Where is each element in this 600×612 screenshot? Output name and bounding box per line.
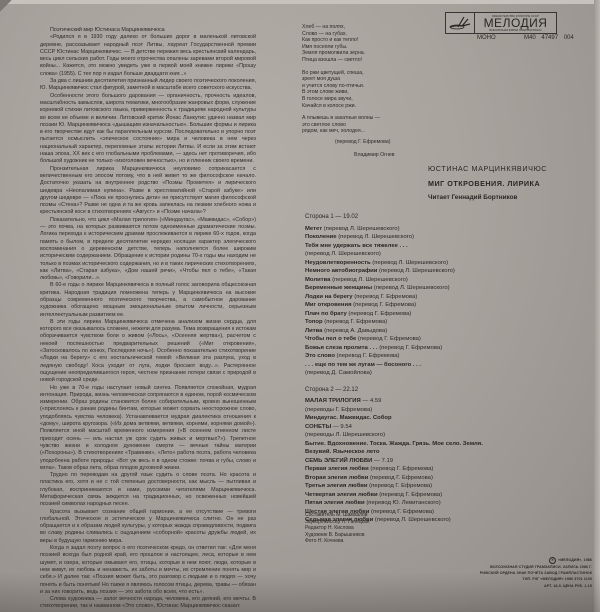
- sleeve-shadow: [0, 572, 600, 612]
- poem-line: В голосе мира звучи,: [302, 96, 442, 103]
- track-row: Беременные женщины (перевод Л. Шерешевск…: [305, 284, 585, 293]
- credit-line: Составитель М. Шамхалов: [305, 512, 369, 519]
- track-note: (перевод Ю. Левитанского): [365, 500, 441, 506]
- track-row: . . . еще по тем же лугам — босоного . .…: [305, 361, 585, 370]
- track-title: Чтобы пел о тебе: [305, 336, 356, 342]
- track-note: (перевод Г. Ефремова): [378, 492, 443, 498]
- track-note: (перевод Г. Ефремова): [378, 345, 443, 351]
- track-note: (перевод Г. Ефремова): [356, 336, 421, 342]
- phonogram-copyright-icon: ℗: [549, 557, 556, 564]
- track-note: (перевод Г. Ефремова): [368, 475, 433, 481]
- poem-line: Во ржи цветущей, спеша,: [302, 70, 442, 77]
- track-title: Неудовлетворенность: [305, 260, 371, 266]
- poem-line: зреет моя душа: [302, 76, 442, 83]
- track-row: Поколение (перевод Л. Шерешевского): [305, 233, 585, 242]
- track-title: Божья слеза пролита . . .: [305, 345, 378, 351]
- essay-author: Владимир Огнев: [354, 152, 442, 159]
- track-note: (перевод Г. Ефремова): [369, 509, 434, 515]
- track-title: Тебя мне удержать все тяжелее . . .: [305, 243, 408, 249]
- track-note: (перевод Л. Шерешевского): [372, 285, 449, 291]
- poem-line: В этом слове живи,: [302, 89, 442, 96]
- track-title: Третья элегия любви: [305, 483, 368, 489]
- track-title: Вторая элегия любви: [305, 475, 368, 481]
- credit-line: Фото Н. Кочнева: [305, 538, 369, 545]
- track-note: (перевод Д. Самойлова): [305, 370, 372, 376]
- track-note: (перевод Г. Ефремова): [369, 466, 434, 472]
- track-note: (переводы Л. Шерешевского): [305, 432, 385, 438]
- album-title-block: ЮСТИНАС МАРЦИНКЯВИЧЮС МИГ ОТКРОВЕНИЯ. ЛИ…: [428, 164, 547, 201]
- track-title: Литва: [305, 328, 322, 334]
- track-note: — 9.54: [331, 424, 352, 430]
- poem-line: Имя посеяли губы.: [302, 44, 442, 51]
- melodiya-emblem-icon: [446, 13, 475, 33]
- side-1-heading: Сторона 1 — 19.02: [305, 213, 585, 222]
- track-row: Плач по брату (перевод Г. Ефремова): [305, 310, 585, 319]
- essay-paragraph: Но уже в 70-е годы наступает новый синте…: [40, 385, 256, 473]
- poem-translator: (перевод Г. Ефремова): [335, 139, 442, 146]
- track-note: (перевод Г. Ефремова): [352, 302, 417, 308]
- side-1-tracks: Метет (перевод Л. Шерешевского)Поколение…: [305, 225, 585, 378]
- track-row: Четвертая элегия любви (перевод Г. Ефрем…: [305, 491, 585, 500]
- logo-brand: МЕЛОДИЯ: [484, 18, 548, 29]
- track-title: Метет: [305, 226, 322, 232]
- track-note: (перевод Г. Ефремова): [353, 294, 418, 300]
- essay-paragraph: Пронзительная лирика Марцинкявичюса неул…: [40, 166, 256, 217]
- poem-line: это светлое слово: [302, 122, 442, 129]
- mode-label: МОНО: [477, 35, 496, 41]
- poem-line: Земля промолвила зерна.: [302, 50, 442, 57]
- track-title: . . . еще по тем же лугам — босоного . .…: [305, 362, 421, 368]
- poem-stanzas: Хлеб — на полях,Слово — на губах.Как про…: [302, 24, 442, 135]
- poem-line: Качайся в колосе ржи.: [302, 103, 442, 110]
- logo-firm-line: ВСЕСОЮЗНАЯ ФИРМА ГРАМПЛАСТИНОК: [489, 29, 541, 32]
- essay-paragraph: Показательно, что цикл «Малая трилогия» …: [40, 217, 256, 283]
- track-note: (перевод Г. Ефремова): [323, 319, 388, 325]
- track-row: Литва (перевод А. Давыдова): [305, 327, 585, 336]
- credit-line: Художник В. Барышников: [305, 532, 369, 539]
- track-note: (перевод Л. Шерешевского): [377, 268, 454, 274]
- track-row: (переводы Л. Шерешевского): [305, 431, 585, 440]
- track-row: Это слово (перевод Г. Ефремова): [305, 352, 585, 361]
- track-note: (перевод Г. Ефремова): [368, 483, 433, 489]
- track-title: МАЛАЯ ТРИЛОГИЯ: [305, 398, 361, 404]
- essay-paragraph: Трудно по переводам на другой язык судит…: [40, 472, 256, 508]
- poem-excerpt: Хлеб — на полях,Слово — на губах.Как про…: [302, 24, 442, 158]
- track-row: Неудовлетворенность (перевод Л. Шерешевс…: [305, 259, 585, 268]
- track-note: (перевод Л. Шерешевского): [371, 260, 448, 266]
- track-title: Плач по брату: [305, 311, 347, 317]
- track-row: СЕМЬ ЭЛЕГИЙ ЛЮБВИ — 7.19: [305, 457, 585, 466]
- sleeve-corner-fold: [0, 0, 12, 12]
- essay-paragraph: Особенности этого большого дарования — о…: [40, 93, 256, 166]
- poem-line: А плывешь в закатные волны —: [302, 115, 442, 122]
- liner-notes-essay: Поэтический мир Юстинаса Марцинкявичюса«…: [40, 27, 256, 611]
- essay-paragraph: За два с лишним десятилетия признанный л…: [40, 78, 256, 93]
- sleeve-right-edge: [594, 0, 600, 612]
- track-row: Метет (перевод Л. Шерешевского): [305, 225, 585, 234]
- track-row: Немного автобиографии (перевод Л. Шереше…: [305, 267, 585, 276]
- track-title: СОНЕТЫ: [305, 424, 331, 430]
- track-title: Немного автобиографии: [305, 268, 377, 274]
- poem-stanza: Хлеб — на полях,Слово — на губах.Как про…: [302, 24, 442, 64]
- track-row: Третья элегия любви (перевод Г. Ефремова…: [305, 482, 585, 491]
- poem-line: и учится слову по-птичьи.: [302, 83, 442, 90]
- track-listing: Сторона 1 — 19.02 Метет (перевод Л. Шере…: [305, 213, 585, 525]
- track-title: Бытие. Вдохновение. Тоска. Жажда. Грязь.…: [305, 441, 483, 447]
- production-credits: Составитель М. ШамхаловЗвукорежиссер Н. …: [305, 512, 369, 545]
- essay-paragraph: «Родился я в 1930 году далеко от больших…: [40, 34, 256, 78]
- catalog-info: МОНО М40 47497 004: [477, 35, 574, 41]
- side-2-tracks: МАЛАЯ ТРИЛОГИЯ — 4.59(переводы Г. Ефремо…: [305, 397, 585, 525]
- track-title: Миндаугас. Мажвидас. Собор: [305, 415, 392, 421]
- poem-line: Птица взошла — светло!: [302, 57, 442, 64]
- track-note: (переводы Г. Ефремова): [305, 407, 372, 413]
- track-row: Топор (перевод Г. Ефремова): [305, 318, 585, 327]
- track-row: Божья слеза пролита . . . (перевод Г. Еф…: [305, 344, 585, 353]
- track-note: (перевод Л. Шерешевского): [337, 234, 414, 240]
- essay-paragraph: Красота вызывает сознание общей гармонии…: [40, 509, 256, 545]
- album-title: МИГ ОТКРОВЕНИЯ. ЛИРИКА: [428, 179, 547, 188]
- track-note: (перевод Л. Шерешевского): [330, 277, 407, 283]
- track-title: СЕМЬ ЭЛЕГИЙ ЛЮБВИ: [305, 458, 372, 464]
- sleeve-top-edge: [0, 0, 600, 4]
- track-row: Пятая элегия любви (перевод Ю. Левитанск…: [305, 499, 585, 508]
- track-row: Вторая элегия любви (перевод Г. Ефремова…: [305, 474, 585, 483]
- track-title: Первая элегия любви: [305, 466, 369, 472]
- album-reader: Читает Геннадий Бортников: [428, 194, 547, 201]
- track-row: Везувий. Языческое лето: [305, 448, 585, 457]
- track-title: Это слово: [305, 353, 335, 359]
- track-row: Первая элегия любви (перевод Г. Ефремова…: [305, 465, 585, 474]
- track-note: (перевод Г. Ефремова): [347, 311, 412, 317]
- track-title: Топор: [305, 319, 323, 325]
- track-note: — 7.19: [372, 458, 393, 464]
- track-row: Молитва (перевод Л. Шерешевского): [305, 276, 585, 285]
- track-note: (перевод Л. Шерешевского): [373, 517, 450, 523]
- track-row: Миг откровения (перевод Г. Ефремова): [305, 301, 585, 310]
- track-title: Везувий. Языческое лето: [305, 449, 379, 455]
- side-2-heading: Сторона 2 — 22.12: [305, 386, 585, 395]
- track-row: (перевод Д. Самойлова): [305, 369, 585, 378]
- track-note: (перевод Л. Шерешевского): [322, 226, 399, 232]
- track-title: Беременные женщины: [305, 285, 372, 291]
- track-row: СОНЕТЫ — 9.54: [305, 423, 585, 432]
- track-row: Чтобы пел о тебе (перевод Г. Ефремова): [305, 335, 585, 344]
- track-note: (перевод А. Давыдова): [322, 328, 387, 334]
- poem-stanza: А плывешь в закатные волны —это светлое …: [302, 115, 442, 135]
- essay-paragraph: В эти годы лирика Марцинкявичюса отмечен…: [40, 319, 256, 385]
- track-row: (перевод Л. Шерешевского): [305, 250, 585, 259]
- credit-line: Редактор Н. Кислова: [305, 525, 369, 532]
- credit-line: Звукорежиссер Н. Ганецкая: [305, 519, 369, 526]
- track-title: Молитва: [305, 277, 330, 283]
- album-author: ЮСТИНАС МАРЦИНКЯВИЧЮС: [428, 164, 547, 173]
- track-title: Лодки на берегу: [305, 294, 353, 300]
- poem-line: Как просто и как тепло!: [302, 37, 442, 44]
- track-title: Пятая элегия любви: [305, 500, 365, 506]
- logo-text: МИНИСТЕРСТВО КУЛЬТУРЫ СССР МЕЛОДИЯ ВСЕСО…: [475, 13, 556, 33]
- poem-line: Хлеб — на полях,: [302, 24, 442, 31]
- track-title: Четвертая элегия любви: [305, 492, 378, 498]
- track-row: (переводы Г. Ефремова): [305, 406, 585, 415]
- track-row: Тебя мне удержать все тяжелее . . .: [305, 242, 585, 251]
- track-title: Поколение: [305, 234, 337, 240]
- poem-line: рядом, как меч, холодея...: [302, 128, 442, 135]
- catalog-number: М40 47497 004: [524, 35, 574, 41]
- track-row: Бытие. Вдохновение. Тоска. Жажда. Грязь.…: [305, 440, 585, 449]
- copyright-line: ℗«МЕЛОДИЯ», 1986: [416, 557, 592, 564]
- poem-stanza: Во ржи цветущей, спеша,зреет моя душаи у…: [302, 70, 442, 110]
- track-note: — 4.59: [361, 398, 382, 404]
- track-note: (перевод Л. Шерешевского): [305, 251, 381, 257]
- melodiya-logo: МИНИСТЕРСТВО КУЛЬТУРЫ СССР МЕЛОДИЯ ВСЕСО…: [445, 12, 557, 34]
- track-row: МАЛАЯ ТРИЛОГИЯ — 4.59: [305, 397, 585, 406]
- poem-line: Слово — на губах.: [302, 31, 442, 38]
- track-row: Миндаугас. Мажвидас. Собор: [305, 414, 585, 423]
- track-title: Миг откровения: [305, 302, 352, 308]
- essay-paragraph: В 60-е годы о лирике Марцинкявичюса в по…: [40, 282, 256, 318]
- track-note: (перевод Г. Ефремова): [335, 353, 400, 359]
- track-row: Лодки на берегу (перевод Г. Ефремова): [305, 293, 585, 302]
